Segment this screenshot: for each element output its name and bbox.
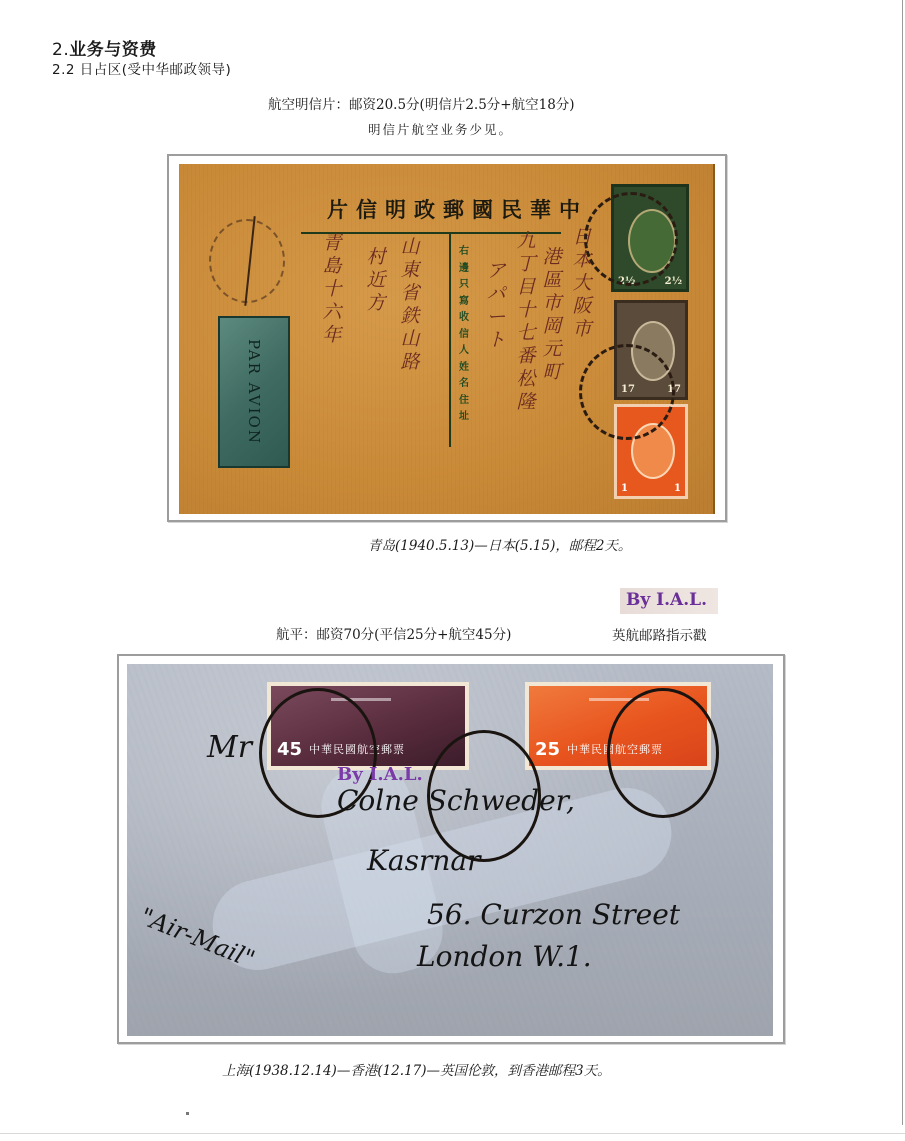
ial-handstamp: By I.A.L. xyxy=(337,764,423,785)
stamp-value: 1 xyxy=(674,483,681,494)
handwritten-sender: 青島十六年 xyxy=(321,232,343,442)
address-line: London W.1. xyxy=(417,940,592,973)
address-line: Mr xyxy=(207,730,252,765)
page-right-edge xyxy=(902,0,903,1125)
ial-caption: 英航邮路指示戳 xyxy=(612,624,707,644)
postcard-photo-frame: 中華民國郵政明信片 右邊只寫收信人姓名住址 PAR AVION 日本大阪市 港區… xyxy=(167,154,727,522)
handwritten-address-line: アパート xyxy=(485,260,507,352)
handwritten-sender: 山東省鉄山路 xyxy=(399,236,421,436)
postmark xyxy=(579,344,675,440)
page-bottom-edge xyxy=(0,1133,905,1134)
handwritten-sender: 村近方 xyxy=(365,246,387,366)
section-number: 2. xyxy=(52,40,69,60)
subsection-heading: 2.2 日占区(受中华邮政领导) xyxy=(52,58,231,78)
shanghai-postmark xyxy=(607,688,719,818)
address-line: 56. Curzon Street xyxy=(427,898,680,931)
airmail-label: PAR AVION xyxy=(218,316,290,468)
ial-handstamp-sample: By I.A.L. xyxy=(620,588,718,614)
postcard-rate-caption: 航空明信片：邮资20.5分(明信片2.5分+航空18分) xyxy=(268,93,575,113)
ial-sample-text: By I.A.L. xyxy=(626,590,707,610)
stamp-value: 25 xyxy=(535,739,560,760)
speck xyxy=(186,1112,189,1115)
handwritten-address-line: 港區市岡元町 xyxy=(541,246,563,384)
cover-route-caption: 上海(1938.12.14)—香港(12.17)—英国伦敦，到香港邮程3天。 xyxy=(222,1059,611,1079)
airmail-label-text: PAR AVION xyxy=(245,339,263,445)
stamp-value: 1 xyxy=(621,483,628,494)
postmark xyxy=(584,192,678,286)
section-heading: 2.业务与资费 xyxy=(52,35,157,60)
address-line: Kasrnar xyxy=(367,844,480,877)
postcard-route-caption: 青岛(1940.5.13)—日本(5.15)，邮程2天。 xyxy=(368,534,631,554)
divider-line xyxy=(449,232,451,447)
postcard-image: 中華民國郵政明信片 右邊只寫收信人姓名住址 PAR AVION 日本大阪市 港區… xyxy=(179,164,715,514)
cover-rate-caption: 航平：邮资70分(平信25分+航空45分) xyxy=(276,623,511,643)
cover-image: 45 中華民國航空郵票 25 中華民國航空郵票 By I.A.L. Mr Col… xyxy=(127,664,773,1036)
address-line: Colne Schweder, xyxy=(337,784,575,817)
postcard-note-caption: 明信片航空业务少见。 xyxy=(368,120,513,138)
cover-photo-frame: 45 中華民國航空郵票 25 中華民國航空郵票 By I.A.L. Mr Col… xyxy=(117,654,785,1044)
stamp-value: 2½ xyxy=(665,276,682,287)
address-hint-text: 右邊只寫收信人姓名住址 xyxy=(457,244,471,426)
handwritten-address-line: 九丁目十七番松隆 xyxy=(515,230,537,414)
section-title: 业务与资费 xyxy=(69,40,157,60)
postcard-printed-title: 中華民國郵政明信片 xyxy=(327,194,588,224)
